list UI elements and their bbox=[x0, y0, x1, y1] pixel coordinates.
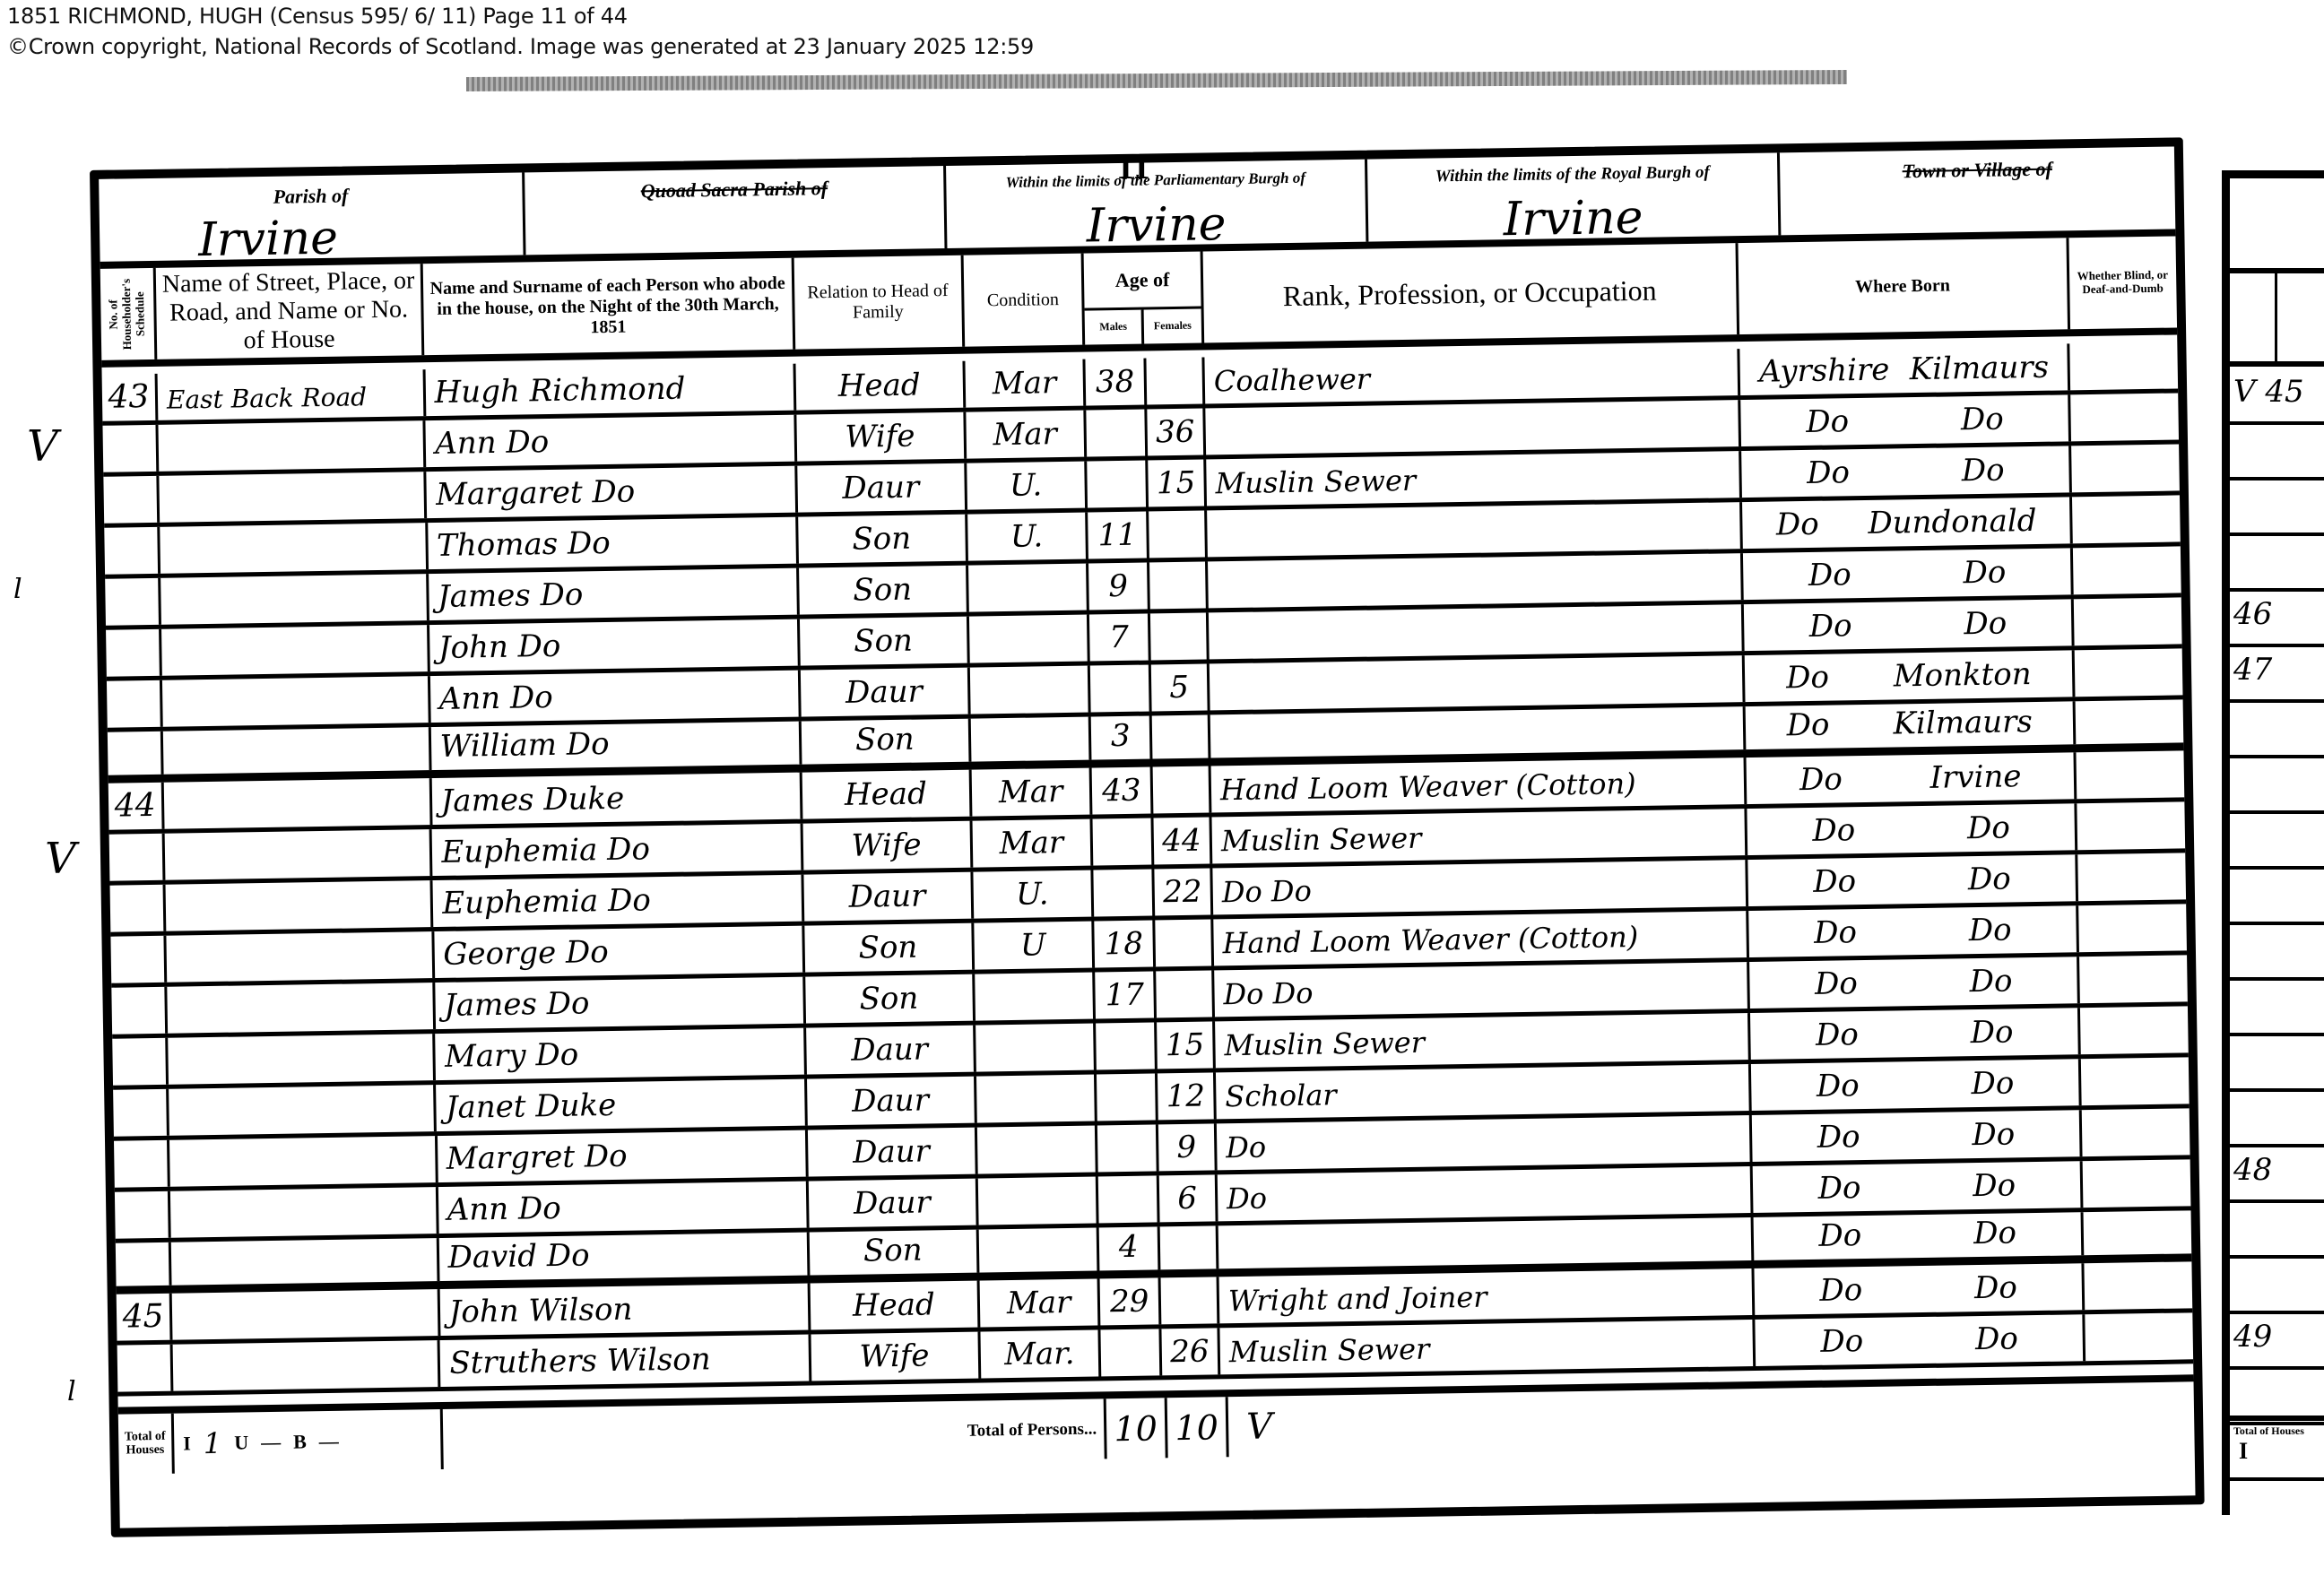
relation-to-head: Daur bbox=[806, 1026, 976, 1075]
marital-condition: Mar bbox=[966, 411, 1087, 459]
birth-county: Do bbox=[1808, 557, 1851, 593]
person-name: Euphemia Do bbox=[433, 875, 804, 927]
female-age bbox=[1161, 1277, 1220, 1324]
schedule-number bbox=[105, 578, 161, 626]
birth-parish: Kilmaurs bbox=[1893, 704, 2033, 741]
ledger-row bbox=[2230, 707, 2324, 758]
marital-condition: U. bbox=[967, 513, 1088, 561]
relation-to-head: Wife bbox=[811, 1332, 981, 1381]
relation-to-head: Daur bbox=[807, 1077, 977, 1126]
census-form: Parish of Irvine Quoad Sacra Parish of W… bbox=[90, 137, 2205, 1537]
street-address bbox=[171, 1238, 439, 1286]
birthplace: DoDo bbox=[1740, 394, 2071, 446]
relation-to-head: Son bbox=[809, 1230, 979, 1276]
birthplace: DoDo bbox=[1749, 957, 2080, 1009]
schedule-number bbox=[115, 1191, 171, 1239]
col-name: Name and Surname of each Person who abod… bbox=[423, 258, 795, 355]
ledger-entry: V 45 bbox=[2230, 374, 2324, 425]
blind-deaf-cell bbox=[2076, 699, 2183, 744]
birthplace: DoDo bbox=[1748, 905, 2079, 957]
person-name: Euphemia Do bbox=[432, 824, 803, 876]
parish-value: Irvine bbox=[100, 208, 524, 268]
marital-condition: Mar bbox=[972, 768, 1093, 817]
marital-condition bbox=[976, 1074, 1097, 1122]
schedule-number: 43 bbox=[102, 374, 159, 421]
birthplace: DoIrvine bbox=[1747, 752, 2077, 804]
birth-parish: Do bbox=[1964, 605, 2007, 642]
birth-county: Do bbox=[1814, 914, 1857, 951]
male-age bbox=[1097, 1124, 1159, 1172]
parish-label: Parish of bbox=[99, 181, 522, 211]
occupation bbox=[1218, 1217, 1755, 1268]
building-value: — bbox=[319, 1429, 339, 1452]
schedule-number bbox=[103, 476, 160, 524]
occupation bbox=[1209, 604, 1745, 659]
royal-burgh-value: Irvine bbox=[1368, 188, 1779, 248]
female-age: 26 bbox=[1161, 1328, 1220, 1375]
occupation: Do bbox=[1217, 1115, 1753, 1170]
birth-county: Do bbox=[1817, 1068, 1860, 1104]
schedule-number bbox=[112, 1038, 169, 1086]
female-age bbox=[1149, 510, 1208, 558]
col-blind: Whether Blind, or Deaf-and-Dumb bbox=[2068, 236, 2177, 329]
birth-parish: Do bbox=[1975, 1320, 2018, 1357]
marital-condition: U. bbox=[973, 870, 1094, 919]
occupation: Muslin Sewer bbox=[1219, 1320, 1756, 1374]
occupation bbox=[1210, 706, 1747, 758]
street-address bbox=[172, 1340, 440, 1391]
birth-parish: Do bbox=[1961, 453, 2004, 489]
relation-to-head: Head bbox=[795, 361, 966, 411]
birth-county: Do bbox=[1818, 1217, 1861, 1254]
birthplace: DoDo bbox=[1753, 1161, 2084, 1213]
total-females: 10 bbox=[1167, 1397, 1229, 1458]
female-age: 5 bbox=[1151, 663, 1210, 711]
occupation: Hand Loom Weaver (Cotton) bbox=[1211, 758, 1747, 812]
royal-burgh-box: Within the limits of the Royal Burgh of … bbox=[1367, 152, 1781, 241]
ledger-row bbox=[2230, 1208, 2324, 1259]
blind-deaf-cell bbox=[2081, 1057, 2189, 1105]
col-occupation: Rank, Profession, or Occupation bbox=[1202, 243, 1739, 342]
person-name: David Do bbox=[438, 1233, 810, 1281]
ledger-row bbox=[2230, 541, 2324, 592]
male-age bbox=[1094, 869, 1156, 916]
occupation bbox=[1210, 655, 1746, 710]
male-age: 43 bbox=[1092, 766, 1154, 814]
blind-deaf-cell bbox=[2080, 1006, 2188, 1054]
person-name: Margaret Do bbox=[427, 466, 798, 518]
relation-to-head: Daur bbox=[800, 668, 970, 717]
schedule-number bbox=[113, 1089, 169, 1137]
blind-deaf-cell bbox=[2072, 444, 2180, 492]
male-age bbox=[1096, 1022, 1158, 1069]
blind-deaf-cell bbox=[2084, 1210, 2191, 1255]
male-age: 17 bbox=[1095, 971, 1157, 1018]
blind-deaf-cell bbox=[2079, 904, 2187, 952]
occupation bbox=[1205, 400, 1741, 455]
check-mark: V bbox=[1228, 1381, 2195, 1457]
person-name: Ann Do bbox=[438, 1182, 809, 1234]
ledger-header bbox=[2230, 268, 2324, 367]
relation-to-head: Wife bbox=[796, 412, 967, 462]
total-males: 10 bbox=[1106, 1398, 1168, 1459]
col-females: Females bbox=[1144, 309, 1201, 344]
marital-condition bbox=[978, 1176, 1099, 1225]
street-address bbox=[162, 676, 430, 727]
marital-condition bbox=[977, 1125, 1098, 1173]
birth-county: Do bbox=[1820, 1323, 1863, 1360]
total-houses-values: I 1 U — B — bbox=[174, 1409, 444, 1474]
ledger-total-label: Total of Houses bbox=[2233, 1424, 2304, 1437]
occupation: Coalhewer bbox=[1204, 349, 1740, 403]
blind-deaf-cell bbox=[2085, 1261, 2192, 1310]
male-age: 29 bbox=[1100, 1277, 1162, 1325]
parliamentary-burgh-label: Within the limits of the Parliamentary B… bbox=[946, 169, 1365, 193]
birth-parish: Monkton bbox=[1893, 656, 2031, 694]
birth-county: Do bbox=[1786, 707, 1829, 744]
street-address bbox=[164, 778, 432, 829]
blind-deaf-cell bbox=[2073, 546, 2181, 594]
female-age: 15 bbox=[1157, 1021, 1216, 1069]
male-age: 9 bbox=[1088, 562, 1150, 610]
male-age: 38 bbox=[1086, 359, 1148, 406]
birth-parish: Do bbox=[1969, 963, 2012, 1000]
ledger-row bbox=[2230, 763, 2324, 814]
relation-to-head: Head bbox=[810, 1281, 980, 1330]
col-relation: Relation to Head of Family bbox=[793, 255, 965, 350]
street-address bbox=[168, 1034, 436, 1085]
col-where-born: Where Born bbox=[1739, 238, 2070, 334]
birth-parish: Do bbox=[1961, 402, 2004, 438]
female-age: 36 bbox=[1147, 408, 1206, 455]
birthplace: DoDo bbox=[1756, 1314, 2086, 1366]
schedule-number bbox=[114, 1140, 170, 1188]
female-age bbox=[1152, 714, 1211, 758]
relation-to-head: Son bbox=[804, 923, 975, 973]
female-age: 44 bbox=[1153, 817, 1212, 864]
ledger-row bbox=[2230, 818, 2324, 870]
ledger-row bbox=[2230, 1096, 2324, 1147]
birth-county: Do bbox=[1819, 1272, 1862, 1309]
male-age bbox=[1090, 664, 1152, 712]
quoad-sacra-label: Quoad Sacra Parish of bbox=[525, 175, 943, 204]
male-age: 18 bbox=[1095, 920, 1157, 967]
person-name: Ann Do bbox=[429, 671, 801, 723]
town-village-box: Town or Village of bbox=[1780, 146, 2175, 235]
relation-to-head: Son bbox=[798, 515, 968, 564]
male-age bbox=[1093, 818, 1155, 865]
occupation: Wright and Joiner bbox=[1219, 1268, 1756, 1323]
schedule-number bbox=[109, 834, 166, 881]
birth-county: Do bbox=[1806, 403, 1849, 440]
margin-tick: V bbox=[27, 421, 58, 472]
birthplace: DoDo bbox=[1750, 1008, 2081, 1060]
relation-to-head: Daur bbox=[808, 1179, 978, 1228]
person-name: James Do bbox=[429, 568, 800, 620]
street-address bbox=[158, 420, 426, 472]
ledger-row bbox=[2230, 874, 2324, 925]
male-age: 3 bbox=[1091, 715, 1153, 759]
col-street: Name of Street, Place, or Road, and Name… bbox=[155, 264, 424, 359]
copyright-notice: ©Crown copyright, National Records of Sc… bbox=[7, 34, 1034, 59]
col-age: Age of Males Females bbox=[1084, 252, 1204, 345]
relation-to-head: Head bbox=[802, 770, 972, 819]
birth-parish: Do bbox=[1972, 1116, 2015, 1153]
ledger-row bbox=[2230, 485, 2324, 536]
birth-parish: Do bbox=[1973, 1167, 2016, 1204]
street-address bbox=[163, 727, 431, 775]
birth-parish: Do bbox=[1963, 554, 2006, 591]
male-age bbox=[1101, 1329, 1163, 1376]
person-name: John Wilson bbox=[439, 1284, 811, 1336]
relation-to-head: Son bbox=[801, 719, 971, 765]
birthplace: DoMonkton bbox=[1745, 650, 2076, 702]
blind-deaf-cell bbox=[2077, 750, 2184, 799]
schedule-number bbox=[108, 732, 164, 775]
schedule-number bbox=[102, 425, 159, 472]
person-name: William Do bbox=[430, 722, 802, 770]
total-persons-label: Total of Persons... bbox=[443, 1398, 1107, 1469]
person-name: James Duke bbox=[431, 773, 802, 825]
quoad-sacra-box: Quoad Sacra Parish of bbox=[525, 166, 947, 255]
ledger-row bbox=[2230, 1263, 2324, 1314]
inhabited-label: I bbox=[183, 1432, 191, 1455]
occupation bbox=[1207, 502, 1743, 557]
relation-to-head: Son bbox=[805, 974, 976, 1024]
marital-condition bbox=[975, 972, 1096, 1020]
female-age bbox=[1155, 919, 1214, 966]
blind-deaf-cell bbox=[2078, 853, 2186, 901]
birth-county: Do bbox=[1817, 1119, 1860, 1156]
parliamentary-burgh-value: Irvine bbox=[947, 195, 1366, 255]
relation-to-head: Daur bbox=[803, 872, 974, 922]
schedule-number bbox=[106, 629, 162, 677]
marital-condition: U. bbox=[967, 462, 1088, 510]
margin-tick: l bbox=[13, 574, 22, 605]
blind-deaf-cell bbox=[2074, 597, 2181, 645]
blind-deaf-cell bbox=[2086, 1312, 2193, 1361]
marital-condition: U bbox=[974, 922, 1095, 970]
scan-smear bbox=[466, 70, 1847, 91]
relation-to-head: Wife bbox=[802, 821, 973, 870]
birthplace: DoDo bbox=[1754, 1212, 2085, 1260]
street-address bbox=[164, 829, 432, 880]
person-name: Struthers Wilson bbox=[440, 1335, 811, 1387]
building-label: B bbox=[293, 1430, 307, 1453]
ledger-total-value: I bbox=[2239, 1438, 2248, 1464]
male-age: 11 bbox=[1088, 511, 1149, 558]
inhabited-value: 1 bbox=[204, 1425, 222, 1459]
street-address bbox=[167, 983, 435, 1034]
birthplace: DoDo bbox=[1741, 446, 2072, 498]
blind-deaf-cell bbox=[2080, 955, 2188, 1003]
street-address bbox=[170, 1187, 438, 1238]
person-name: Janet Duke bbox=[437, 1079, 808, 1131]
person-name: Thomas Do bbox=[428, 517, 799, 569]
person-name: Mary Do bbox=[436, 1028, 807, 1080]
street-address bbox=[165, 880, 433, 931]
female-age bbox=[1149, 561, 1209, 609]
schedule-number: 44 bbox=[108, 783, 165, 830]
birthplace: DoDo bbox=[1747, 854, 2078, 906]
occupation bbox=[1208, 553, 1744, 608]
parish-box: Parish of Irvine bbox=[99, 172, 525, 261]
person-name: Hugh Richmond bbox=[425, 364, 796, 416]
parliamentary-burgh-box: Within the limits of the Parliamentary B… bbox=[946, 160, 1368, 248]
marital-condition: Mar bbox=[965, 359, 1086, 408]
birth-county: Do bbox=[1807, 455, 1850, 491]
birth-parish: Kilmaurs bbox=[1909, 350, 2049, 387]
female-age bbox=[1156, 970, 1215, 1017]
ledger-total: Total of Houses I bbox=[2230, 1416, 2324, 1478]
blind-deaf-cell bbox=[2072, 495, 2180, 543]
occupation: Do Do bbox=[1212, 860, 1748, 914]
birthplace: DoDundonald bbox=[1742, 497, 2073, 549]
ledger-entry: 46 bbox=[2230, 596, 2324, 647]
birthplace: DoDo bbox=[1744, 599, 2075, 651]
birth-parish: Do bbox=[1967, 809, 2010, 846]
total-houses-label: Total of Houses bbox=[118, 1414, 175, 1475]
occupation: Muslin Sewer bbox=[1206, 451, 1742, 506]
occupation: Scholar bbox=[1216, 1064, 1752, 1119]
birth-parish: Do bbox=[1968, 861, 2011, 897]
schedule-number bbox=[107, 680, 163, 728]
blind-deaf-cell bbox=[2070, 342, 2178, 390]
street-address bbox=[169, 1136, 438, 1187]
occupation: Do Do bbox=[1214, 962, 1750, 1017]
birth-county: Do bbox=[1813, 863, 1856, 900]
relation-to-head: Son bbox=[799, 566, 969, 615]
female-age: 22 bbox=[1154, 868, 1213, 915]
schedule-number bbox=[111, 987, 168, 1035]
street-address bbox=[160, 523, 428, 574]
female-age: 12 bbox=[1158, 1072, 1217, 1120]
schedule-number bbox=[110, 885, 167, 932]
male-age bbox=[1087, 461, 1149, 508]
male-age bbox=[1098, 1175, 1160, 1223]
schedule-number bbox=[110, 936, 167, 983]
schedule-number bbox=[116, 1242, 172, 1286]
birth-county: Do bbox=[1809, 608, 1852, 645]
blind-deaf-cell bbox=[2083, 1159, 2190, 1208]
royal-burgh-label: Within the limits of the Royal Burgh of bbox=[1367, 161, 1777, 187]
street-address bbox=[161, 625, 429, 676]
birthplace: DoDo bbox=[1752, 1110, 2083, 1162]
female-age bbox=[1147, 357, 1206, 404]
birthplace: DoDo bbox=[1743, 548, 2074, 600]
relation-to-head: Daur bbox=[797, 463, 967, 513]
blind-deaf-cell bbox=[2071, 393, 2179, 441]
male-age: 4 bbox=[1099, 1226, 1161, 1270]
birth-parish: Do bbox=[1973, 1215, 2016, 1251]
town-village-label: Town or Village of bbox=[1780, 155, 2174, 185]
female-age: 9 bbox=[1158, 1123, 1218, 1171]
marital-condition: Mar. bbox=[980, 1329, 1101, 1378]
street-address bbox=[169, 1085, 437, 1136]
birth-county: Do bbox=[1786, 660, 1829, 697]
uninhabited-value: — bbox=[261, 1430, 281, 1453]
marital-condition bbox=[969, 615, 1090, 663]
col-males: Males bbox=[1085, 310, 1145, 345]
marital-condition bbox=[968, 564, 1089, 612]
uninhabited-label: U bbox=[234, 1431, 248, 1454]
ledger-row bbox=[2230, 1041, 2324, 1092]
marital-condition bbox=[970, 666, 1091, 714]
ledger-row bbox=[2230, 429, 2324, 480]
male-age bbox=[1097, 1073, 1158, 1121]
birth-parish: Dundonald bbox=[1868, 503, 2037, 541]
male-age bbox=[1087, 410, 1149, 457]
person-name: Margret Do bbox=[437, 1130, 808, 1182]
street-address: East Back Road bbox=[158, 369, 426, 420]
ledger-entry: 47 bbox=[2230, 652, 2324, 703]
marital-condition bbox=[971, 717, 1092, 762]
col-schedule: No. of Householder's Schedule bbox=[107, 270, 148, 359]
person-name: James Do bbox=[435, 977, 806, 1029]
female-age: 6 bbox=[1159, 1174, 1218, 1222]
birth-parish: Do bbox=[1970, 1014, 2013, 1051]
margin-tick: l bbox=[67, 1376, 76, 1407]
birthplace: AyrshireKilmaurs bbox=[1740, 343, 2071, 395]
birth-county: Do bbox=[1816, 1017, 1859, 1053]
female-age bbox=[1153, 766, 1212, 813]
relation-to-head: Son bbox=[800, 617, 970, 666]
birth-parish: Irvine bbox=[1929, 758, 2021, 796]
street-address bbox=[166, 931, 434, 983]
birth-county: Do bbox=[1812, 812, 1855, 849]
occupation: Muslin Sewer bbox=[1211, 809, 1747, 863]
occupation: Do bbox=[1218, 1166, 1754, 1221]
col-condition: Condition bbox=[963, 254, 1085, 347]
marital-condition: Mar bbox=[972, 819, 1093, 868]
birth-county: Do bbox=[1776, 506, 1819, 543]
occupation: Muslin Sewer bbox=[1215, 1013, 1751, 1068]
female-age bbox=[1150, 612, 1210, 660]
person-name: John Do bbox=[429, 619, 801, 671]
schedule-number: 45 bbox=[117, 1294, 173, 1341]
col-age-of: Age of bbox=[1114, 252, 1169, 307]
ledger-row bbox=[2230, 930, 2324, 981]
blind-deaf-cell bbox=[2077, 801, 2185, 850]
household-rows: 43East Back RoadHugh RichmondHeadMar38Co… bbox=[102, 342, 2194, 1396]
street-address bbox=[159, 472, 427, 523]
occupation: Hand Loom Weaver (Cotton) bbox=[1213, 911, 1749, 965]
birthplace: DoDo bbox=[1755, 1263, 2086, 1315]
street-address bbox=[160, 574, 429, 625]
ledger-entry: 48 bbox=[2230, 1152, 2324, 1203]
blind-deaf-cell bbox=[2075, 648, 2182, 697]
adjacent-page-ledger: V 4546474849 Total of Houses I bbox=[2222, 170, 2324, 1515]
birth-county: Ayrshire bbox=[1759, 351, 1890, 389]
female-age bbox=[1160, 1225, 1219, 1269]
blind-deaf-cell bbox=[2082, 1108, 2190, 1156]
birth-parish: Do bbox=[1971, 1065, 2014, 1102]
person-name: Ann Do bbox=[426, 415, 797, 467]
relation-to-head: Daur bbox=[808, 1128, 978, 1177]
birth-county: Do bbox=[1799, 761, 1843, 798]
marital-condition bbox=[979, 1227, 1100, 1272]
person-name: George Do bbox=[434, 926, 805, 978]
birthplace: DoDo bbox=[1751, 1059, 2082, 1111]
marital-condition bbox=[976, 1023, 1097, 1071]
birth-county: Do bbox=[1817, 1170, 1860, 1207]
birthplace: DoKilmaurs bbox=[1746, 701, 2077, 749]
schedule-number bbox=[104, 527, 160, 575]
birth-parish: Do bbox=[1969, 912, 2012, 948]
margin-tick: V bbox=[45, 834, 76, 884]
birth-parish: Do bbox=[1974, 1269, 2017, 1306]
schedule-number bbox=[117, 1345, 174, 1392]
